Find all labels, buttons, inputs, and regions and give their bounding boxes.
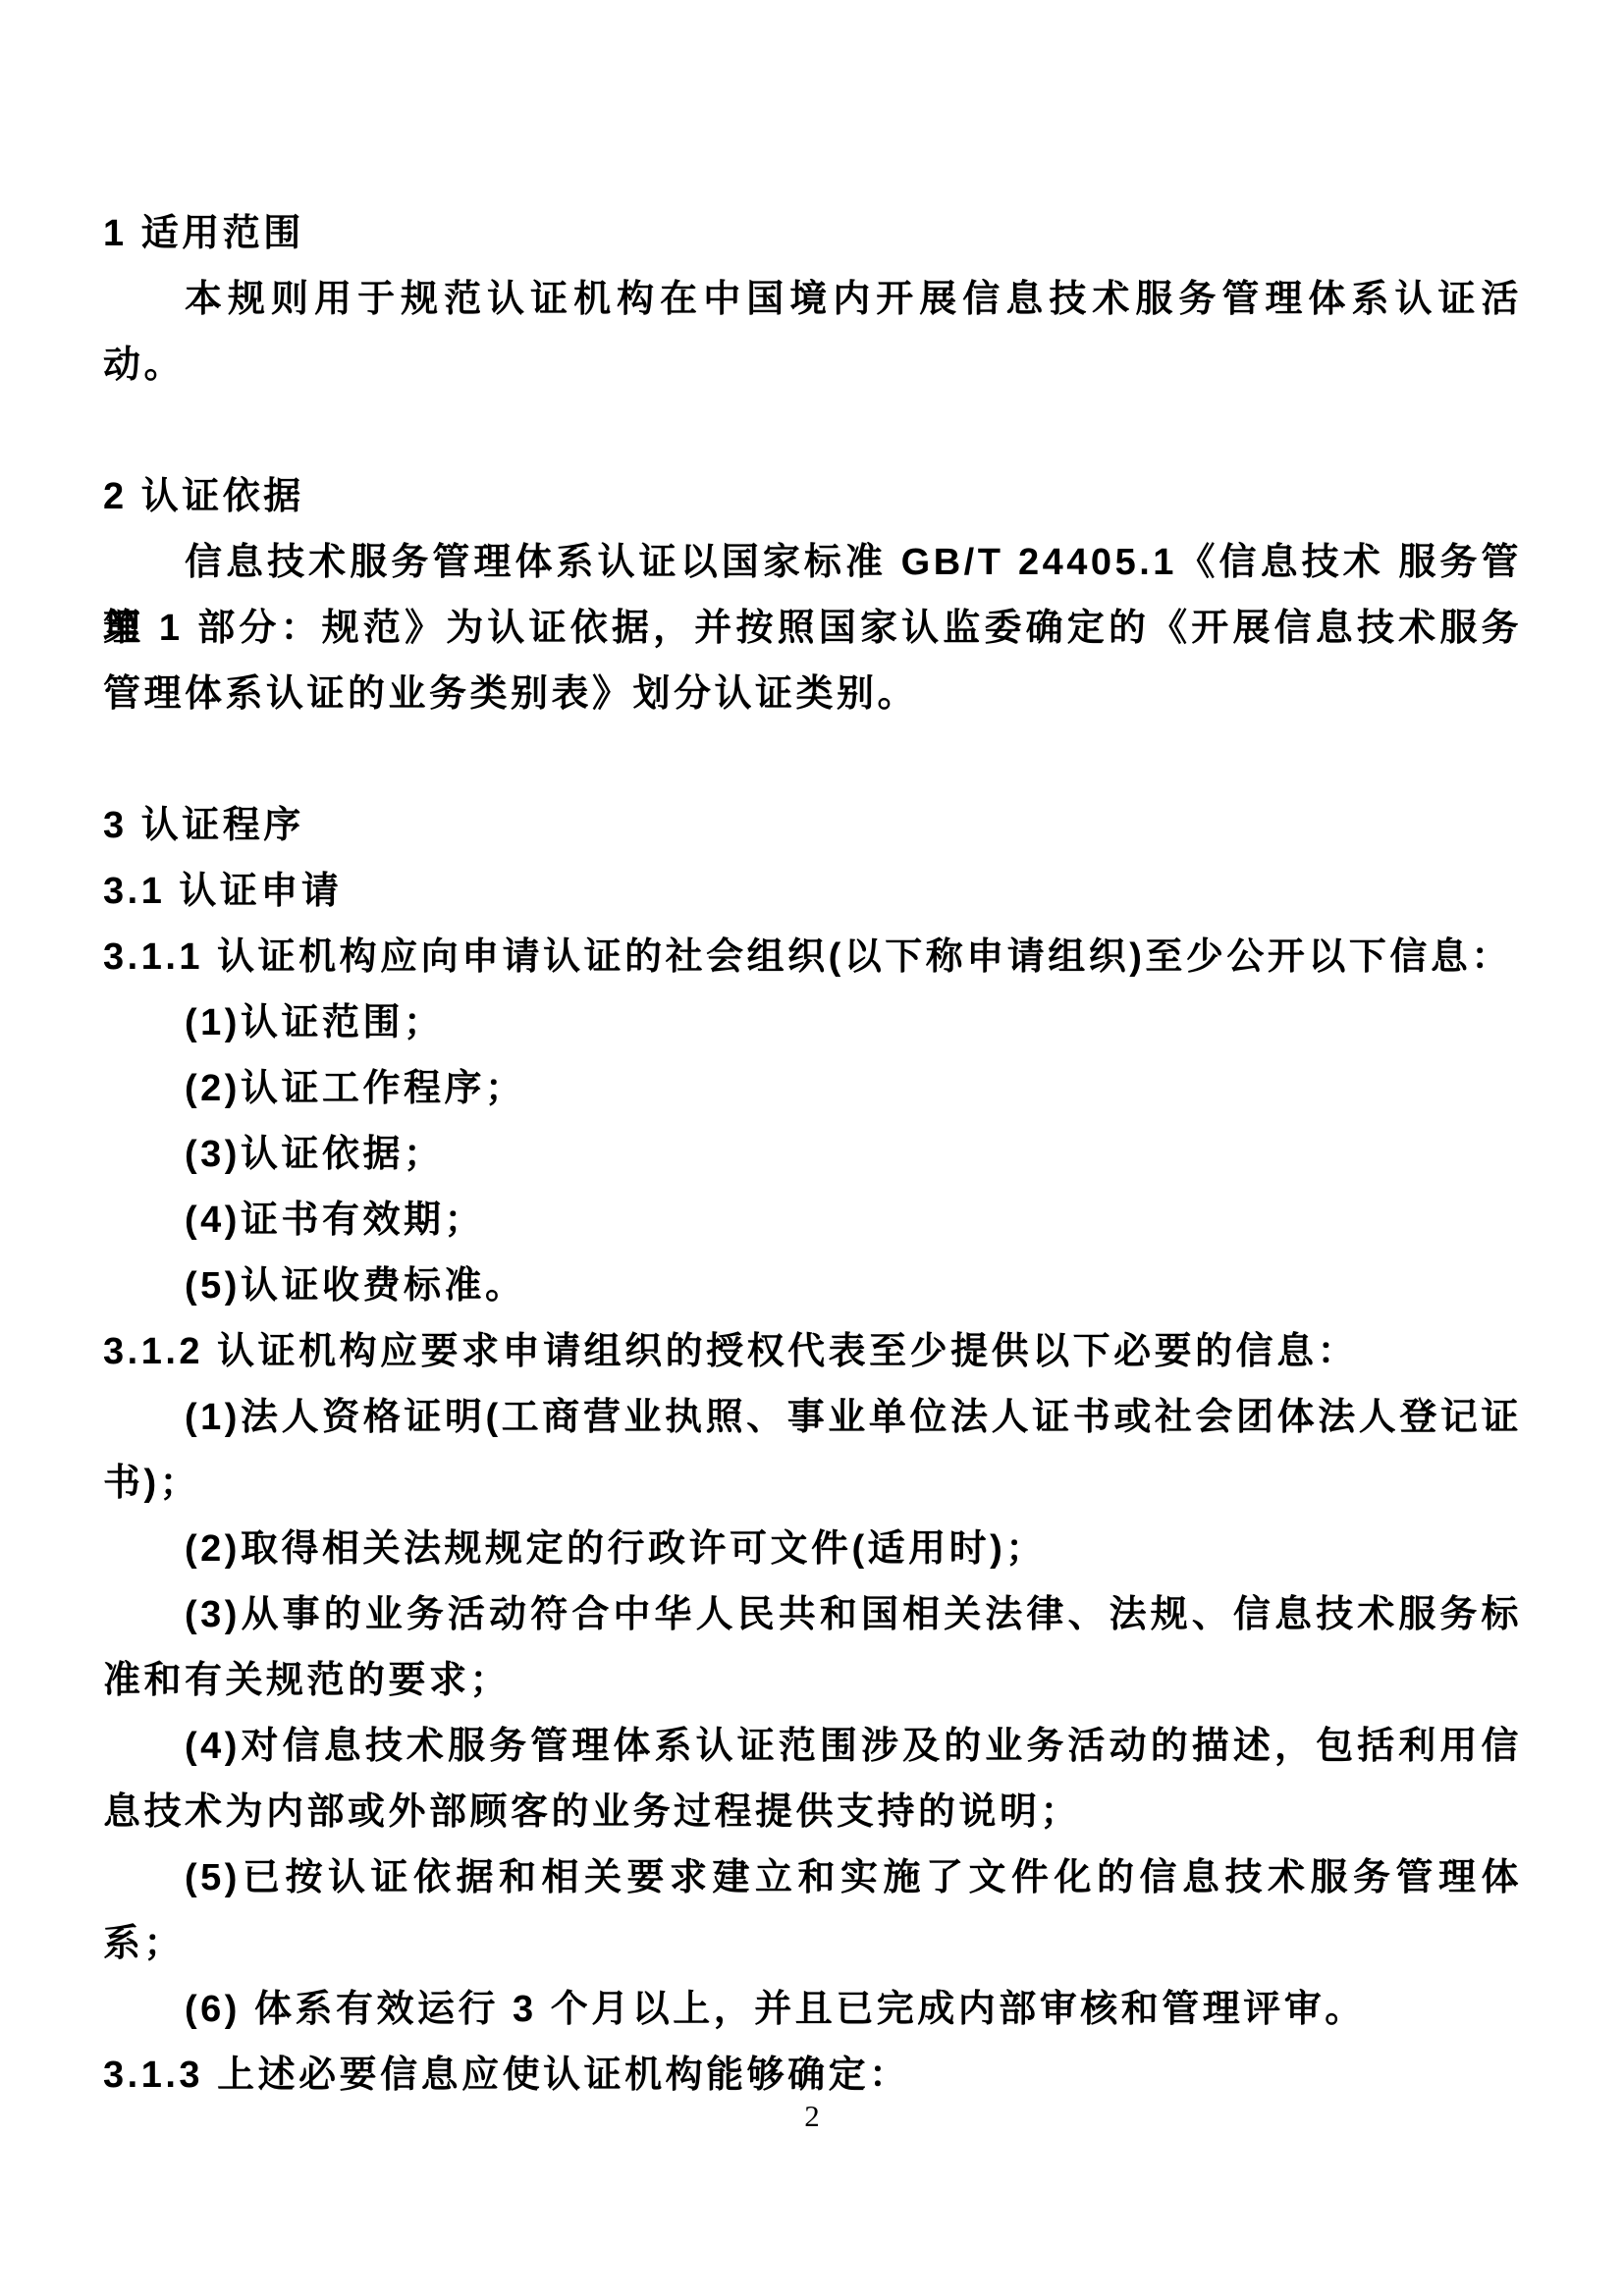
clause-3-1-1-item-1: (1)认证范围； — [103, 990, 1522, 1056]
para-line: (3)认证依据； — [103, 1122, 1522, 1188]
section-3-1-title: 3.1 认证申请 — [103, 859, 1522, 925]
document-body: 1 适用范围本规则用于规范认证机构在中国境内开展信息技术服务管理体系认证活动。2… — [103, 201, 1522, 2109]
section-3-title: 3 认证程序 — [103, 793, 1522, 859]
para-line: (5)认证收费标准。 — [103, 1254, 1522, 1319]
para-line: 动。 — [103, 333, 1522, 399]
para-line: (5)已按认证依据和相关要求建立和实施了文件化的信息技术服务管理体 — [103, 1845, 1522, 1911]
para-line: 准和有关规范的要求； — [103, 1648, 1522, 1714]
clause-3-1-2-item-5: (5)已按认证依据和相关要求建立和实施了文件化的信息技术服务管理体系； — [103, 1845, 1522, 1977]
sub-line: 3.1.2 认证机构应要求申请组织的授权代表至少提供以下必要的信息： — [103, 1319, 1522, 1385]
para-line: 信息技术服务管理体系认证以国家标准 GB/T 24405.1《信息技术 服务管理 — [103, 530, 1522, 596]
clause-3-1-2-item-2: (2)取得相关法规规定的行政许可文件(适用时)； — [103, 1517, 1522, 1582]
para-line: (2)取得相关法规规定的行政许可文件(适用时)； — [103, 1517, 1522, 1582]
clause-3-1-1-item-5: (5)认证收费标准。 — [103, 1254, 1522, 1319]
section-2-title: 2 认证依据 — [103, 464, 1522, 530]
heading-line: 2 认证依据 — [103, 464, 1522, 530]
section-1-paragraph: 本规则用于规范认证机构在中国境内开展信息技术服务管理体系认证活动。 — [103, 267, 1522, 399]
para-line: (2)认证工作程序； — [103, 1056, 1522, 1122]
para-line: 系； — [103, 1911, 1522, 1977]
para-line: 书)； — [103, 1451, 1522, 1517]
section-gap — [103, 727, 1522, 793]
section-gap — [103, 399, 1522, 464]
sub-line: 3.1.1 认证机构应向申请认证的社会组织(以下称申请组织)至少公开以下信息： — [103, 925, 1522, 990]
clause-3-1-2-item-4: (4)对信息技术服务管理体系认证范围涉及的业务活动的描述，包括利用信息技术为内部… — [103, 1714, 1522, 1845]
para-line: (1)认证范围； — [103, 990, 1522, 1056]
clause-3-1-2-item-1: (1)法人资格证明(工商营业执照、事业单位法人证书或社会团体法人登记证书)； — [103, 1385, 1522, 1517]
para-line: 息技术为内部或外部顾客的业务过程提供支持的说明； — [103, 1780, 1522, 1845]
para-line: (4)证书有效期； — [103, 1188, 1522, 1254]
clause-3-1-1-item-4: (4)证书有效期； — [103, 1188, 1522, 1254]
para-line: (3)从事的业务活动符合中华人民共和国相关法律、法规、信息技术服务标 — [103, 1582, 1522, 1648]
clause-3-1-2: 3.1.2 认证机构应要求申请组织的授权代表至少提供以下必要的信息： — [103, 1319, 1522, 1385]
para-line: 本规则用于规范认证机构在中国境内开展信息技术服务管理体系认证活 — [103, 267, 1522, 333]
heading-line: 3.1 认证申请 — [103, 859, 1522, 925]
para-line: (6) 体系有效运行 3 个月以上，并且已完成内部审核和管理评审。 — [103, 1977, 1522, 2043]
para-line: 管理体系认证的业务类别表》划分认证类别。 — [103, 662, 1522, 727]
clause-3-1-2-item-6: (6) 体系有效运行 3 个月以上，并且已完成内部审核和管理评审。 — [103, 1977, 1522, 2043]
para-line: (4)对信息技术服务管理体系认证范围涉及的业务活动的描述，包括利用信 — [103, 1714, 1522, 1780]
clause-3-1-1-item-3: (3)认证依据； — [103, 1122, 1522, 1188]
section-1-title: 1 适用范围 — [103, 201, 1522, 267]
page-number: 2 — [0, 2099, 1624, 2134]
para-line: (1)法人资格证明(工商营业执照、事业单位法人证书或社会团体法人登记证 — [103, 1385, 1522, 1451]
clause-3-1-1: 3.1.1 认证机构应向申请认证的社会组织(以下称申请组织)至少公开以下信息： — [103, 925, 1522, 990]
heading-line: 3 认证程序 — [103, 793, 1522, 859]
document-page: 1 适用范围本规则用于规范认证机构在中国境内开展信息技术服务管理体系认证活动。2… — [0, 0, 1624, 2296]
clause-3-1-1-item-2: (2)认证工作程序； — [103, 1056, 1522, 1122]
section-2-paragraph: 信息技术服务管理体系认证以国家标准 GB/T 24405.1《信息技术 服务管理… — [103, 530, 1522, 727]
clause-3-1-2-item-3: (3)从事的业务活动符合中华人民共和国相关法律、法规、信息技术服务标准和有关规范… — [103, 1582, 1522, 1714]
para-line: 第 1 部分：规范》为认证依据，并按照国家认监委确定的《开展信息技术服务 — [103, 596, 1522, 662]
heading-line: 1 适用范围 — [103, 201, 1522, 267]
